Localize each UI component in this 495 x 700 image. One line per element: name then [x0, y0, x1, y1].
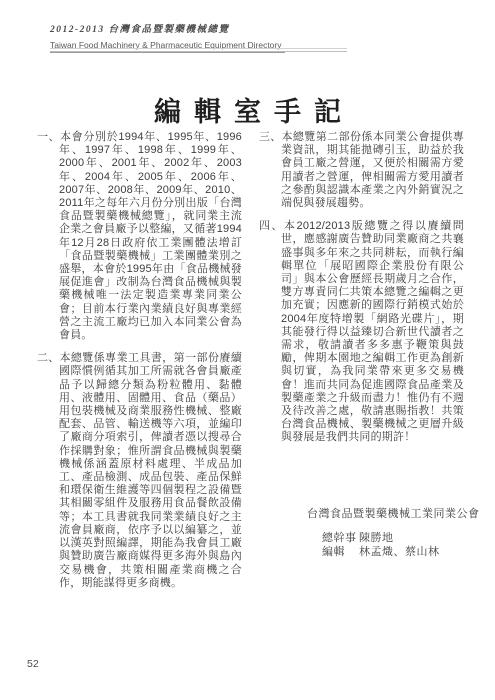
list-item: 二、本總覽係專業工具書，第一部份賡續國際慣例循其加工所需就各會員廠產品予以歸總分… [37, 352, 242, 590]
directory-title-chinese: 2012-2013 台灣食品暨製藥機械總覽 [50, 21, 285, 35]
item-text: 本會分別於1994年、1995年、1996年、1997年、1998年、1999年… [59, 131, 242, 341]
item-text: 本總覽係專業工具書，第一部份賡續國際慣例循其加工所需就各會員廠產品予以歸總分類為… [59, 352, 242, 588]
header-divider [50, 48, 347, 52]
item-marker: 一、 [37, 131, 60, 143]
page-number: 52 [27, 658, 39, 670]
list-item: 四、本2012/2013版總覽之得以賡續問世，應感謝廣告贊助同業廠商之共襄盛事與… [259, 220, 464, 444]
signature-block: 台灣食品暨製藥機械工業同業公會 總幹事 陳勝地 編輯 林孟熾、蔡山林 [307, 505, 480, 559]
role-title: 總幹事 [322, 532, 359, 546]
role-title: 編輯 [322, 546, 359, 560]
list-item: 三、本總覽第二部份係本同業公會提供專業資訊，期其能拋磚引玉，助益於我會員工廠之營… [259, 131, 464, 210]
item-marker: 四、 [259, 220, 284, 232]
item-marker: 三、 [259, 131, 281, 143]
signature-row: 總幹事 陳勝地 [322, 532, 480, 546]
item-text: 本總覽第二部份係本同業公會提供專業資訊，期其能拋磚引玉，助益於我會員工廠之營運，… [281, 131, 464, 209]
signature-roles: 總幹事 陳勝地 編輯 林孟熾、蔡山林 [307, 532, 480, 559]
list-item: 一、本會分別於1994年、1995年、1996年、1997年、1998年、199… [37, 131, 242, 342]
organization-name: 台灣食品暨製藥機械工業同業公會 [307, 505, 480, 521]
item-marker: 二、 [37, 352, 59, 364]
role-names: 林孟熾、蔡山林 [359, 546, 440, 560]
document-page: 2012-2013 台灣食品暨製藥機械總覽 Taiwan Food Machin… [0, 0, 495, 700]
item-text: 本2012/2013版總覽之得以賡續問世，應感謝廣告贊助同業廠商之共襄盛事與多年… [281, 220, 464, 443]
signature-row: 編輯 林孟熾、蔡山林 [322, 546, 480, 560]
role-names: 陳勝地 [359, 532, 394, 546]
page-title: 編輯室手記 [0, 90, 495, 129]
left-column: 一、本會分別於1994年、1995年、1996年、1997年、1998年、199… [37, 131, 242, 600]
